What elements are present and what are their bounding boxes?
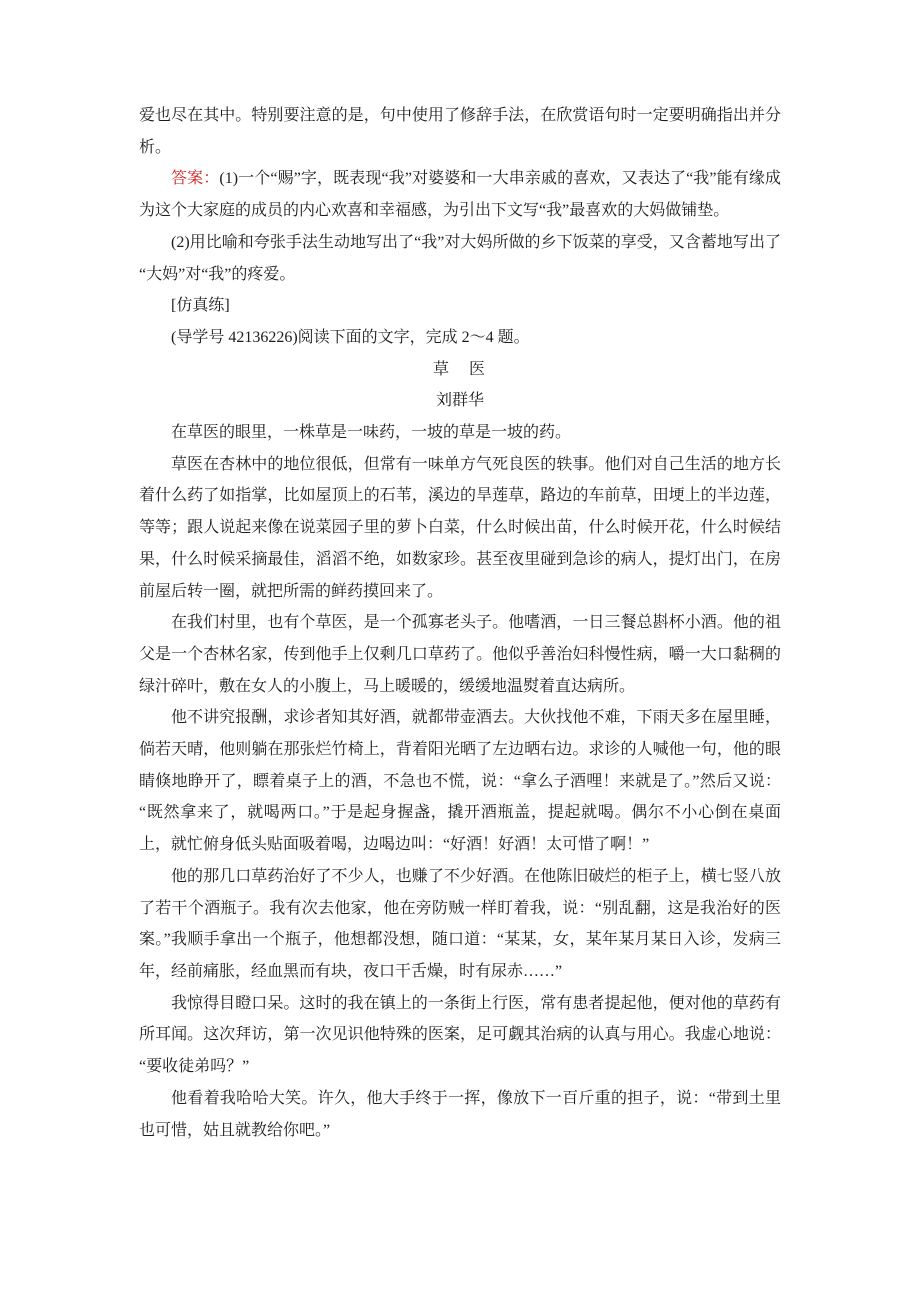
essay-paragraph-7: 他看着我哈哈大笑。许久，他大手终于一挥，像放下一百斤重的担子，说：“带到土里也可… xyxy=(139,1083,781,1146)
section-tag: [仿真练] xyxy=(139,290,781,322)
document-page: 爱也尽在其中。特别要注意的是，句中使用了修辞手法，在欣赏语句时一定要明确指出并分… xyxy=(0,0,920,1302)
essay-author: 刘群华 xyxy=(139,385,781,417)
essay-paragraph-1: 在草医的眼里，一株草是一味药，一坡的草是一坡的药。 xyxy=(139,417,781,449)
essay-paragraph-2: 草医在杏林中的地位很低，但常有一味单方气死良医的轶事。他们对自己生活的地方长着什… xyxy=(139,449,781,608)
answer-1-text: (1)一个“赐”字，既表现“我”对婆婆和一大串亲戚的喜欢，又表达了“我”能有缘成… xyxy=(139,170,781,219)
essay-paragraph-5: 他的那几口草药治好了不少人，也赚了不少好酒。在他陈旧破烂的柜子上，横七竖八放了若… xyxy=(139,861,781,988)
instruction-line: (导学号 42136226)阅读下面的文字，完成 2～4 题。 xyxy=(139,322,781,354)
answer-label: 答案： xyxy=(171,170,219,187)
essay-paragraph-3: 在我们村里，也有个草医，是一个孤寡老头子。他嗜酒，一日三餐总斟杯小酒。他的祖父是… xyxy=(139,607,781,702)
answer-paragraph-1: 答案：(1)一个“赐”字，既表现“我”对婆婆和一大串亲戚的喜欢，又表达了“我”能… xyxy=(139,163,781,226)
essay-paragraph-4: 他不讲究报酬，求诊者知其好酒，就都带壶酒去。大伙找他不难，下雨天多在屋里睡，倘若… xyxy=(139,702,781,861)
essay-paragraph-6: 我惊得目瞪口呆。这时的我在镇上的一条街上行医，常有患者提起他，便对他的草药有所耳… xyxy=(139,988,781,1083)
essay-title: 草 医 xyxy=(139,354,781,386)
answer-paragraph-2: (2)用比喻和夸张手法生动地写出了“我”对大妈所做的乡下饭菜的享受，又含蓄地写出… xyxy=(139,227,781,290)
analysis-tail-paragraph: 爱也尽在其中。特别要注意的是，句中使用了修辞手法，在欣赏语句时一定要明确指出并分… xyxy=(139,100,781,163)
